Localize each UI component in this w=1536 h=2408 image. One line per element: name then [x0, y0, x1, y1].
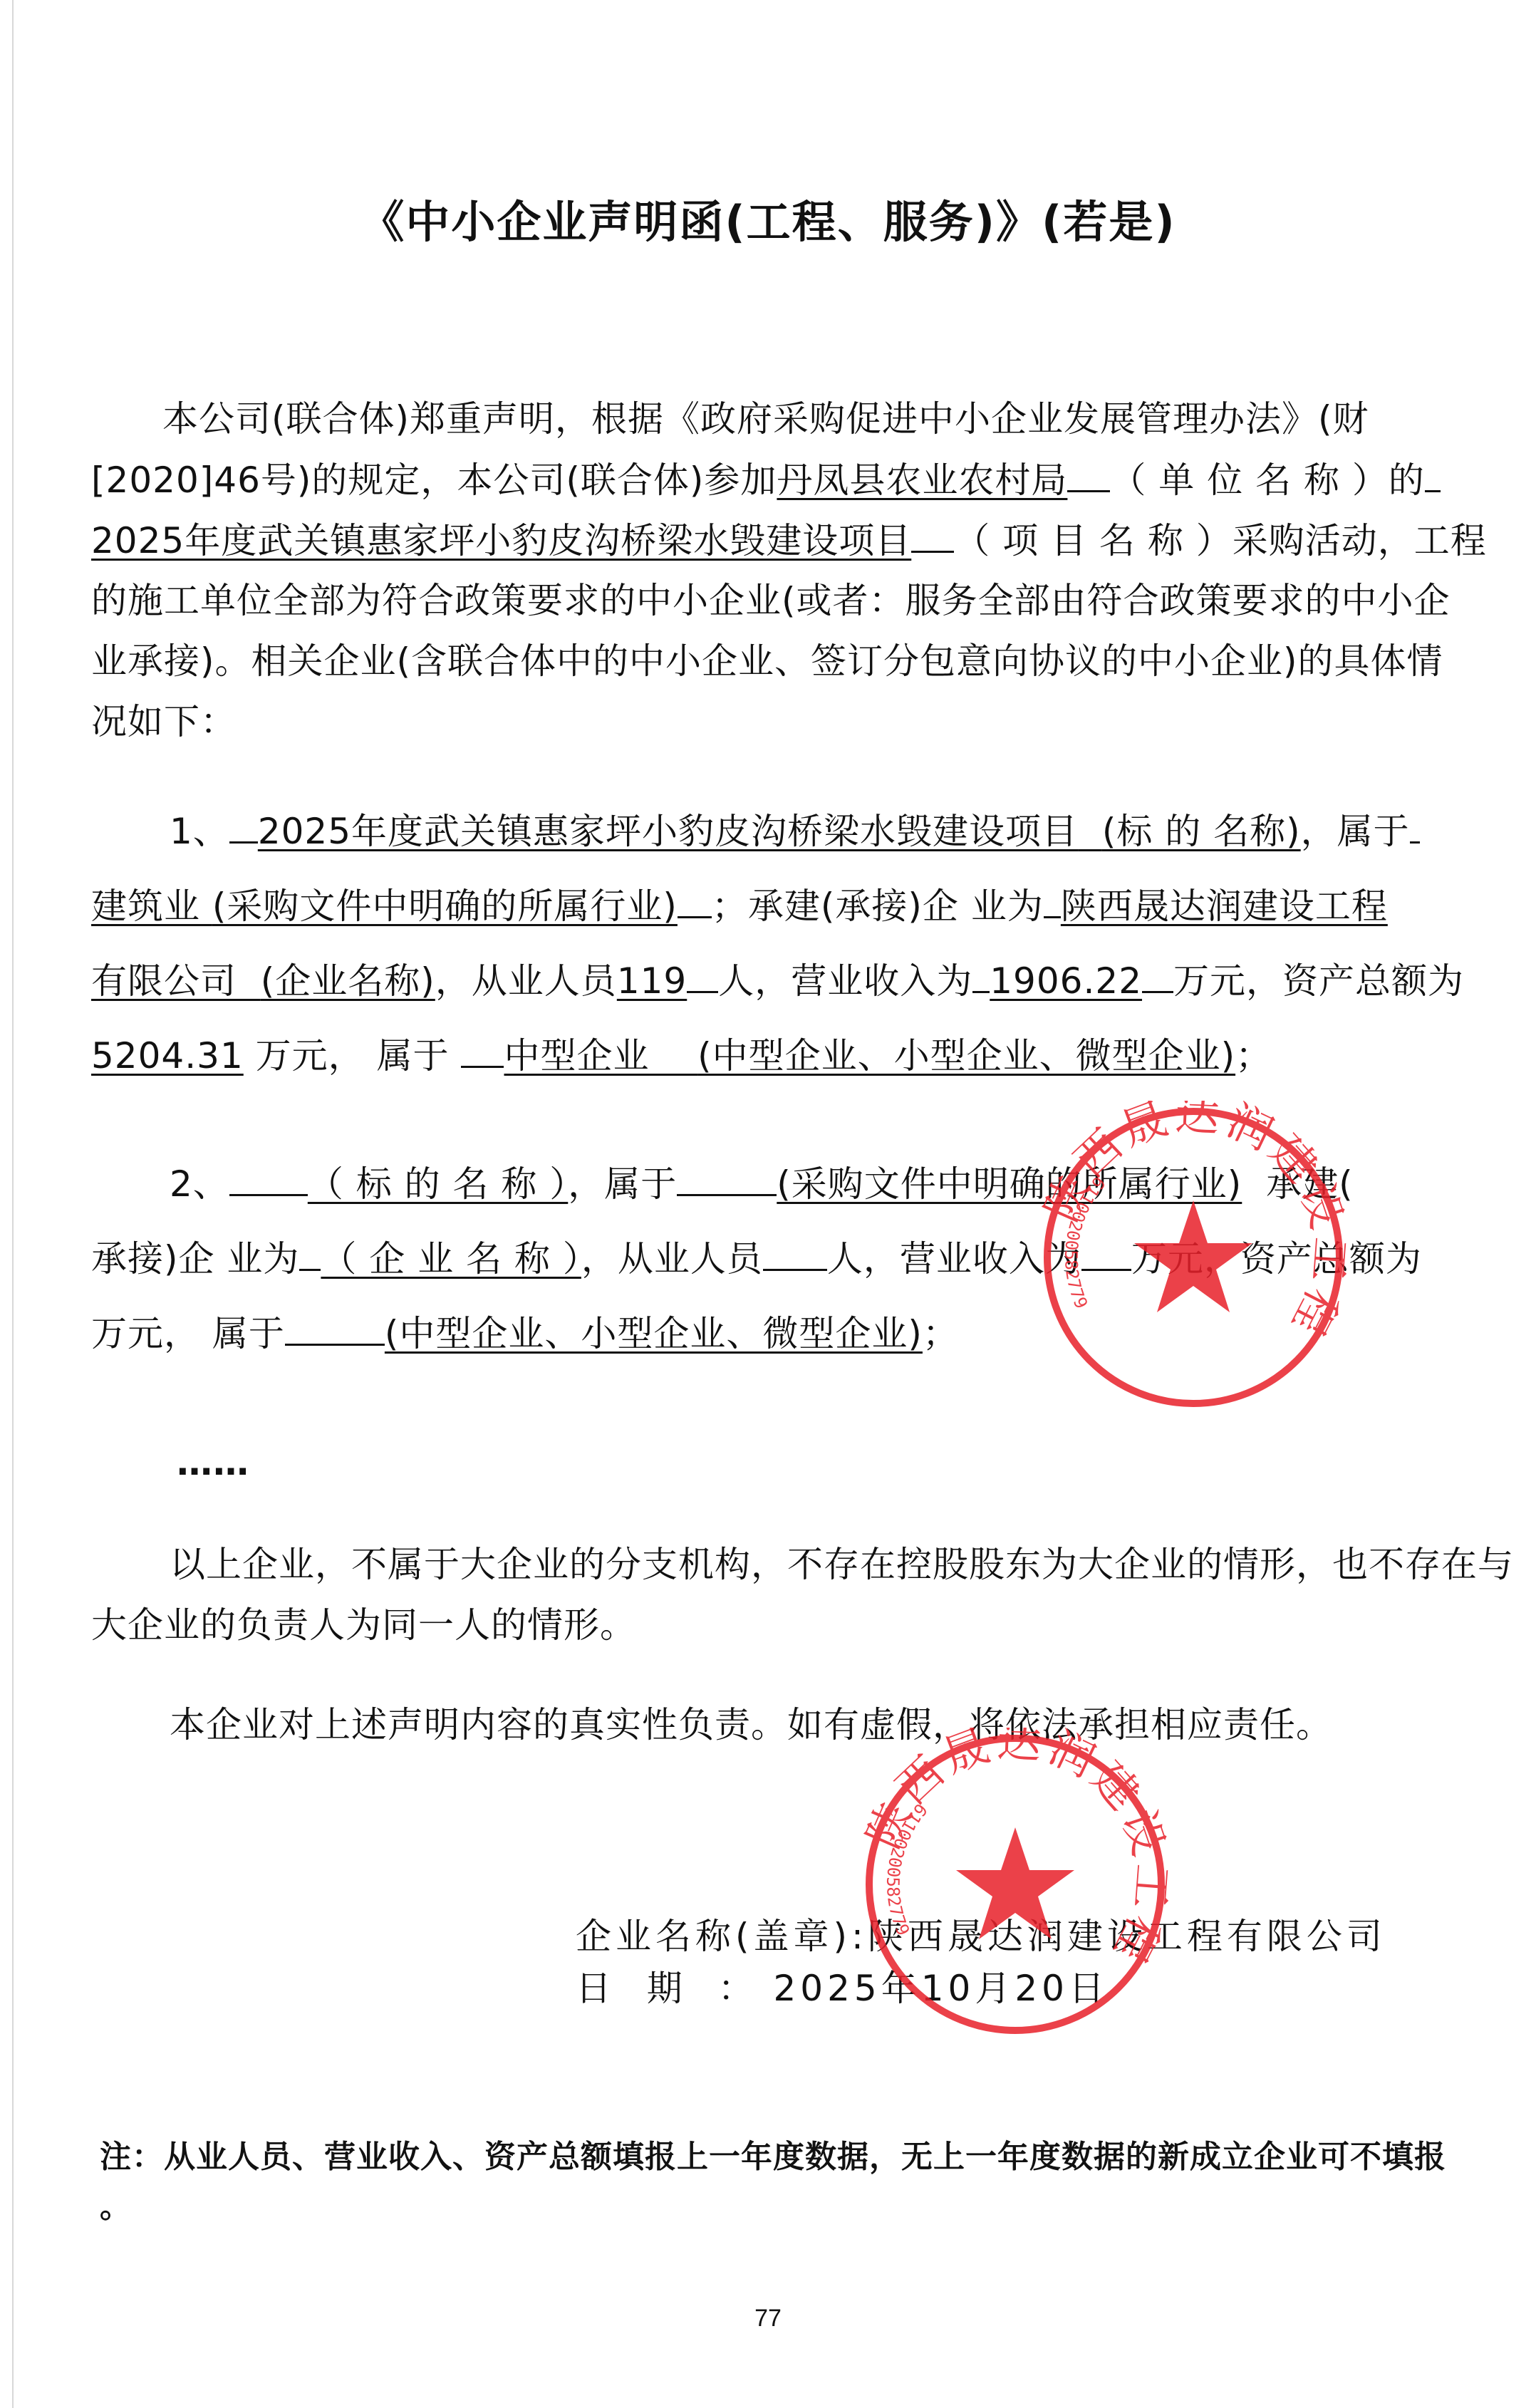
item1-subject: 2025年度武关镇惠家坪小豹皮沟桥梁水毁建设项目 (标 的 名称): [258, 811, 1301, 852]
intro-line-4: 的施工单位全部为符合政策要求的中小企业(或者：服务全部由符合政策要求的中小企: [91, 577, 1451, 624]
item2-employees-blank: [763, 1235, 827, 1271]
document-title: 《中小企业声明函(工程、服务)》(若是): [0, 187, 1536, 250]
item1-company-b: 有限公司 (企业名称): [91, 960, 435, 1002]
red-seal-icon: 陕西晟达润建设工程有限公司 61100200582779: [1037, 1101, 1350, 1414]
intro-line-3: 2025年度武关镇惠家坪小豹皮沟桥梁水毁建设项目（ 项 目 名 称 ）采购活动，…: [91, 517, 1487, 564]
page-number: 77: [0, 2305, 1536, 2332]
purchaser-field: 丹凤县农业农村局: [777, 460, 1067, 501]
project-name-field: 2025年度武关镇惠家坪小豹皮沟桥梁水毁建设项目: [91, 520, 911, 561]
ellipsis: ……: [177, 1439, 249, 1486]
intro-line-6: 况如下：: [91, 698, 237, 745]
note-line-1: 注：从业人员、营业收入、资产总额填报上一年度数据，无上一年度数据的新成立企业可不…: [100, 2134, 1446, 2181]
red-seal-icon: 陕西晟达润建设工程有限公司 61100200582779: [858, 1728, 1172, 2041]
item1-company-a: 陕西晟达润建设工程: [1061, 886, 1388, 927]
intro-line-2: [2020]46号)的规定，本公司(联合体)参加丹凤县农业农村局（ 单 位 名 …: [91, 456, 1441, 504]
statement-line-2: 大企业的负责人为同一人的情形。: [91, 1602, 636, 1649]
item2-line-3: 万元， 属于(中型企业、小型企业、微型企业)；: [91, 1309, 959, 1357]
intro-line-1: 本公司(联合体)郑重声明，根据《政府采购促进中小企业发展管理办法》(财: [162, 395, 1369, 442]
item1-assets: 5204.31: [91, 1035, 244, 1076]
item1-line-2: 建筑业 (采购文件中明确的所属行业)；承建(承接)企 业为陕西晟达润建设工程: [91, 882, 1388, 930]
statement-line-1: 以上企业，不属于大企业的分支机构，不存在控股股东为大企业的情形，也不存在与: [170, 1541, 1514, 1588]
item1-line-1: 1、2025年度武关镇惠家坪小豹皮沟桥梁水毁建设项目 (标 的 名称)，属于: [170, 807, 1420, 855]
note-line-2: 。: [100, 2184, 132, 2231]
page-edge: [12, 0, 14, 2408]
item1-employees: 119: [617, 960, 687, 1002]
item1-size: 中型企业 (中型企业、小型企业、微型企业): [504, 1035, 1235, 1076]
company-seal-2: 陕西晟达润建设工程有限公司 61100200582779: [858, 1728, 1172, 2041]
item1-industry: 建筑业 (采购文件中明确的所属行业): [91, 886, 678, 927]
item1-line-3: 有限公司 (企业名称)，从业人员119人，营业收入为1906.22万元，资产总额…: [91, 957, 1464, 1005]
item1-revenue: 1906.22: [990, 960, 1142, 1002]
item1-line-4: 5204.31 万元， 属于 中型企业 (中型企业、小型企业、微型企业)；: [91, 1032, 1272, 1079]
intro-line-5: 业承接)。相关企业(含联合体中的中小企业、签订分包意向协议的中小企业)的具体情: [91, 638, 1443, 685]
company-seal-1: 陕西晟达润建设工程有限公司 61100200582779: [1037, 1101, 1350, 1414]
